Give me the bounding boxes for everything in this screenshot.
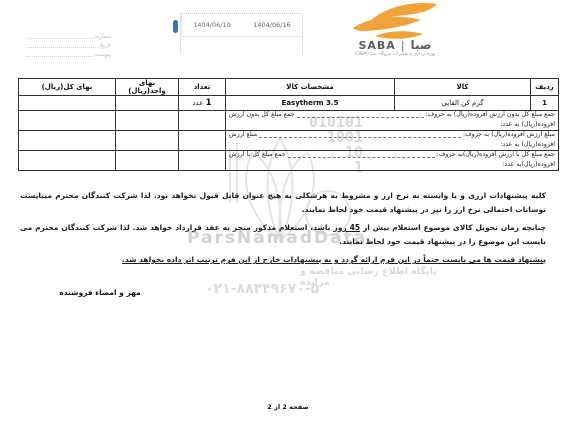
note-form-text: پیشنهاد قیمت ها می بایست حتماً در این فر…: [20, 253, 546, 267]
blue-marker-bar: [173, 20, 178, 33]
item-row-number: 1: [531, 96, 559, 111]
logo-wordmark: SABA | صبا: [330, 40, 460, 51]
logo-mark-wrap: [330, 2, 460, 40]
watermark-phone: ۰۲۱-۸۸۳۴۹۶۷۰-۵: [205, 281, 319, 297]
letterhead-date-label: تاریخ:: [98, 43, 111, 49]
summary-row-with-vat: جمع مبلغ کل با ارزش افزوده(ریال)به حروف:…: [19, 151, 559, 171]
summary-with-vat-unit-cell: [116, 151, 179, 171]
letterhead-field-number: شماره:: [25, 31, 111, 40]
dates-row: 1404/06/19 1404/06/16: [181, 14, 302, 37]
letterhead-number-line: [27, 38, 94, 39]
note-currency-text: کلیه پیشنهادات ارزی و یا وابسته به نرخ ا…: [20, 189, 546, 217]
note-delivery-terms: چنانچه زمان تحویل کالای موضوع استعلام بی…: [20, 221, 558, 249]
logo-tagline: بهره برداری و تعمیرات نیروگاه صبا (O&M): [330, 52, 460, 57]
header-unit-price: بهای واحد(ریال): [116, 79, 179, 96]
header-total-price: بهای کل(ریال): [19, 79, 116, 96]
summary-no-vat-lead: جمع مبلغ کل بدون ارزش افزوده(ریال) به حر…: [426, 111, 555, 119]
document-page: 010101 1001 10 1 ParsNamadData پایگاه اط…: [0, 0, 576, 438]
terms-notes: کلیه پیشنهادات ارزی و یا وابسته به نرخ ا…: [20, 189, 558, 271]
letterhead-date-line: [27, 47, 98, 48]
letterhead-fields: شماره: تاریخ: پیوست:: [25, 31, 111, 58]
seller-signature-label: مهر و امضاء فروشنده: [40, 288, 160, 297]
diamond-bullet-icon: [546, 253, 558, 267]
logo-brand-fa: صبا: [411, 38, 432, 52]
letterhead-field-attachment: پیوست:: [25, 49, 111, 58]
diamond-bullet-icon: [546, 189, 558, 217]
item-unit-price: [116, 96, 179, 111]
summary-no-vat-cell: جمع مبلغ کل بدون ارزش افزوده(ریال) به حر…: [226, 111, 559, 131]
summary-vat-leader-line: [259, 137, 461, 138]
summary-vat-total-cell: [19, 131, 116, 151]
summary-no-vat-qty-cell: [179, 111, 226, 131]
summary-vat-lead: مبلغ ارزش افزوده(ریال) به حروف:: [463, 131, 555, 139]
note-delivery-days: 45 روز: [333, 223, 360, 232]
letterhead-field-date: تاریخ:: [25, 40, 111, 49]
item-total-price: [19, 96, 116, 111]
date-cell-2: 1404/06/16: [242, 14, 302, 36]
summary-with-vat-cell: جمع مبلغ کل با ارزش افزوده(ریال)به حروف:…: [226, 151, 559, 171]
dates-strip: 1404/06/19 1404/06/16: [180, 13, 303, 54]
header-specs: مشخصات کالا: [226, 79, 395, 96]
header-row-number: ردیف: [531, 79, 559, 96]
company-logo: SABA | صبا بهره برداری و تعمیرات نیروگاه…: [330, 2, 460, 57]
summary-with-vat-qty-cell: [179, 151, 226, 171]
summary-no-vat-wrap: جمع مبلغ کل بدون ارزش: [229, 111, 295, 119]
page-number: صفحه 2 از 2: [0, 403, 576, 411]
item-name: گرم کن القایی: [395, 96, 531, 111]
logo-brand-en: SABA: [358, 39, 395, 52]
diamond-bullet-icon: [546, 221, 558, 249]
summary-with-vat-wrap: جمع مبلغ کل با ارزش: [229, 151, 286, 159]
table-header-row: ردیف کالا مشخصات کالا تعداد بهای واحد(ری…: [19, 79, 559, 96]
items-table: ردیف کالا مشخصات کالا تعداد بهای واحد(ری…: [18, 78, 559, 171]
item-qty-number: 1: [206, 98, 212, 108]
summary-vat-unit-cell: [116, 131, 179, 151]
item-qty-unit: عدد: [192, 99, 203, 107]
summary-no-vat-tail: افزوده(ریال) به عدد:: [229, 121, 555, 129]
summary-with-vat-tail: افزوده(ریال)به عدد:: [229, 161, 555, 169]
letterhead-attachment-line: [27, 56, 93, 57]
item-qty: 1 عدد: [179, 96, 226, 111]
letterhead-attachment-label: پیوست:: [93, 52, 111, 58]
letterhead-number-label: شماره:: [94, 34, 111, 40]
summary-no-vat-unit-cell: [116, 111, 179, 131]
date-cell-1: 1404/06/19: [181, 14, 242, 36]
summary-row-no-vat: جمع مبلغ کل بدون ارزش افزوده(ریال) به حر…: [19, 111, 559, 131]
summary-vat-qty-cell: [179, 131, 226, 151]
items-table-wrap: ردیف کالا مشخصات کالا تعداد بهای واحد(ری…: [18, 78, 559, 171]
summary-row-vat: مبلغ ارزش افزوده(ریال) به حروف: مبلغ ارز…: [19, 131, 559, 151]
summary-vat-tail: افزوده(ریال) به عدد:: [229, 141, 555, 149]
note-delivery-pre: چنانچه زمان تحویل کالای موضوع استعلام بی…: [360, 223, 546, 232]
saba-swoosh-icon: [349, 2, 441, 40]
summary-with-vat-lead: جمع مبلغ کل با ارزش افزوده(ریال)به حروف:: [437, 151, 555, 159]
summary-vat-cell: مبلغ ارزش افزوده(ریال) به حروف: مبلغ ارز…: [226, 131, 559, 151]
item-specs: Easytherm 3.5: [226, 96, 395, 111]
header-item: کالا: [395, 79, 531, 96]
header-qty: تعداد: [179, 79, 226, 96]
item-row: 1 گرم کن القایی Easytherm 3.5 1 عدد: [19, 96, 559, 111]
note-delivery-text: چنانچه زمان تحویل کالای موضوع استعلام بی…: [20, 221, 546, 249]
summary-no-vat-total-cell: [19, 111, 116, 131]
summary-with-vat-leader-line: [288, 157, 435, 158]
note-currency-terms: کلیه پیشنهادات ارزی و یا وابسته به نرخ ا…: [20, 189, 558, 217]
summary-vat-wrap: مبلغ ارزش: [229, 131, 257, 139]
summary-no-vat-leader-line: [297, 117, 424, 118]
note-form-requirement: پیشنهاد قیمت ها می بایست حتماً در این فر…: [20, 253, 558, 267]
summary-with-vat-total-cell: [19, 151, 116, 171]
